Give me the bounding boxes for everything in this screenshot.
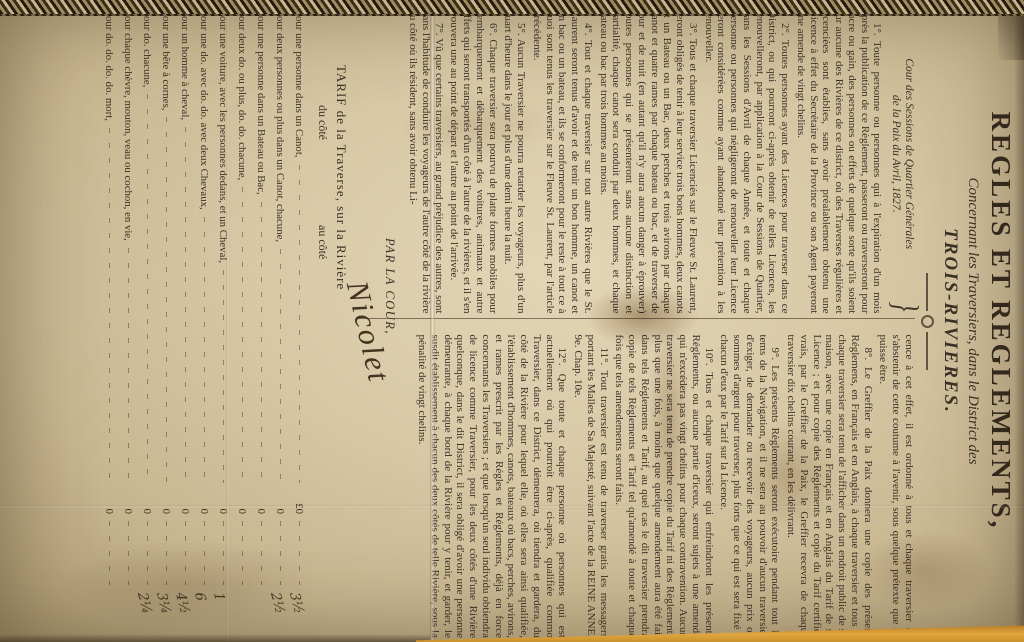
tariff-row-label: Pour do. chacune, bbox=[142, 10, 154, 87]
dotted-leader bbox=[261, 521, 262, 585]
tariff-row-label: Pour do. do. do. do. mort, bbox=[104, 10, 116, 121]
paragraph-10: 10°. Tous et chaque traversier qui enfre… bbox=[613, 334, 715, 638]
district-title: TROIS-RIVIERES. bbox=[939, 0, 961, 642]
dotted-leader bbox=[166, 521, 167, 585]
tariff-side-labels: du côté au côté bbox=[315, 65, 330, 634]
tariff-row-label: Pour deux do. ou plus, do. do. chacune, bbox=[237, 10, 249, 180]
tariff-row: Pour chaque chèvre, mouton, veau ou coch… bbox=[119, 10, 138, 634]
tariff-row: Pour deux do. ou plus, do. do. chacune, … bbox=[233, 10, 252, 634]
paragraph-11: 11°. Tout traversier est tenu de travers… bbox=[572, 334, 610, 638]
paragraph-3: 3°. Tous et chaque traversier Licenciés … bbox=[597, 10, 699, 314]
tariff-row-label: Pour chaque chèvre, mouton, veau ou coch… bbox=[123, 10, 135, 241]
signature-block: PAR LA COUR, Nicolet bbox=[350, 238, 397, 384]
dotted-leader bbox=[223, 521, 224, 585]
dotted-leader bbox=[128, 521, 129, 585]
title-block: REGLES ET REGLEMENTS, Concernant les Tra… bbox=[921, 0, 1024, 642]
paragraph-2: 2°. Toutes personnes ayant des Licences … bbox=[702, 10, 791, 314]
brace-ornament: } bbox=[882, 302, 924, 312]
court-heading: Cour des Sessions de Quartier Générales … bbox=[888, 10, 915, 314]
tariff-row: Pour do. chacune, 0 2¼ bbox=[138, 10, 157, 634]
tariff-section: PAR LA COUR, Nicolet TARIF de la Travers… bbox=[100, 0, 349, 642]
regulation-broadside: REGLES ET REGLEMENTS, Concernant les Tra… bbox=[0, 0, 1024, 642]
dotted-leader bbox=[204, 521, 205, 585]
dotted-leader bbox=[280, 521, 281, 585]
tariff-shillings: 0 bbox=[256, 490, 268, 514]
tariff-row: Pour une bête à cornes, 0 3¼ bbox=[157, 10, 176, 634]
dotted-leader bbox=[128, 248, 129, 483]
dotted-leader bbox=[185, 127, 186, 483]
tariff-heading: TARIF de la Traverse, sur la Rivière bbox=[333, 65, 349, 634]
tariff-row: Pour une do. avec do. do. avec deux Chev… bbox=[195, 10, 214, 634]
dotted-leader bbox=[185, 521, 186, 585]
tariff-pence-handwritten bbox=[123, 593, 133, 634]
tariff-pence-handwritten bbox=[256, 593, 266, 634]
dotted-leader bbox=[147, 94, 148, 483]
dotted-leader bbox=[204, 217, 205, 483]
tariff-row: Pour un homme à cheval, 0 4½ bbox=[176, 10, 195, 634]
dotted-leader bbox=[299, 521, 300, 585]
ornament-rule bbox=[927, 332, 929, 370]
dotted-leader bbox=[261, 202, 262, 483]
dotted-leader bbox=[299, 165, 300, 483]
paragraph-8: 8°. Le Greffier de la Paix donnera une c… bbox=[785, 334, 874, 638]
column-right: cence à cet effet, il est ordonné à tous… bbox=[359, 322, 915, 638]
two-column-body: Cour des Sessions de Quartier Générales … bbox=[359, 0, 915, 642]
tariff-shillings: £0 bbox=[294, 490, 306, 514]
document-title: REGLES ET REGLEMENTS, bbox=[985, 0, 1016, 642]
ornament-rule bbox=[927, 273, 929, 311]
tariff-row: Pour do. do. do. do. mort, 0 bbox=[100, 10, 119, 634]
tariff-row-label: Pour une personne dans un Bateau ou Bac, bbox=[256, 10, 268, 195]
court-heading-line1: Cour des Sessions de Quartier Générales bbox=[902, 10, 915, 298]
paragraph-12: 12°. Que toute et chaque personne où per… bbox=[416, 334, 569, 638]
tariff-shillings: 0 bbox=[275, 490, 287, 514]
photo-of-document: REGLES ET REGLEMENTS, Concernant les Tra… bbox=[0, 0, 1024, 642]
ornament-circle bbox=[921, 315, 934, 328]
tariff-shillings: 0 bbox=[104, 490, 116, 514]
tariff-shillings: 0 bbox=[237, 490, 249, 514]
tariff-row: Pour deux personnes ou plus dans un Cano… bbox=[271, 10, 290, 634]
tariff-row: Pour une voiture, avec les personnes ded… bbox=[214, 10, 233, 634]
dotted-leader bbox=[166, 117, 167, 483]
tariff-row: Pour une personne dans un Canot, £0 3½ bbox=[290, 10, 309, 634]
paragraph-7-continuation: cence à cet effet, il est ordonné à tous… bbox=[877, 334, 915, 638]
paragraph-6: 6°. Chaque traversier sera pourvu de pla… bbox=[448, 10, 499, 314]
column-left: Cour des Sessions de Quartier Générales … bbox=[359, 4, 915, 314]
document-subtitle: Concernant les Traversiers, dans le Dist… bbox=[964, 0, 981, 642]
column-divider-rule bbox=[359, 318, 915, 319]
paragraph-5: 5°. Aucun Traversier ne pourra retarder … bbox=[502, 10, 528, 314]
tariff-pence-handwritten bbox=[104, 593, 114, 634]
tariff-shillings: 0 bbox=[142, 490, 154, 514]
tariff-shillings: 0 bbox=[218, 490, 230, 514]
tariff-shillings: 0 bbox=[123, 490, 135, 514]
dotted-leader bbox=[109, 128, 110, 483]
tariff-row-label: Pour une do. avec do. do. avec deux Chev… bbox=[199, 10, 211, 210]
dotted-leader bbox=[242, 187, 243, 483]
paragraph-4: 4°. Tout et chaque traversier sur tout a… bbox=[530, 10, 594, 314]
dotted-leader bbox=[223, 270, 224, 483]
tariff-pence-handwritten bbox=[237, 593, 247, 634]
tariff-shillings: 0 bbox=[180, 490, 192, 514]
printer-ornament-icon bbox=[921, 0, 934, 642]
court-heading-line2: de la Paix du Avril, 1827. bbox=[888, 10, 901, 298]
tariff-shillings: 0 bbox=[199, 490, 211, 514]
dotted-leader bbox=[242, 521, 243, 585]
paragraph-1: 1°. Toute personne ou personnes qui à l'… bbox=[794, 10, 883, 314]
dotted-leader bbox=[280, 249, 281, 483]
tariff-row-label: Pour une bête à cornes, bbox=[161, 10, 173, 110]
tariff-row-label: Pour un homme à cheval, bbox=[180, 10, 192, 120]
tariff-row-label: Pour une voiture, avec les personnes ded… bbox=[218, 10, 230, 263]
tariff-row: Pour une personne dans un Bateau ou Bac,… bbox=[252, 10, 271, 634]
tariff-row-label: Pour une personne dans un Canot, bbox=[294, 10, 306, 158]
paragraph-9: 9°. Les présents Règlements seront exécu… bbox=[718, 334, 782, 638]
tariff-row-label: Pour deux personnes ou plus dans un Cano… bbox=[275, 10, 287, 242]
tariff-side-left: du côté bbox=[315, 105, 330, 140]
tariff-side-right: au côté bbox=[315, 225, 330, 259]
paragraph-7: 7°. Vû que certains traversiers, au gran… bbox=[406, 10, 444, 314]
dotted-leader bbox=[147, 521, 148, 585]
dotted-leader bbox=[109, 521, 110, 585]
tariff-shillings: 0 bbox=[161, 490, 173, 514]
